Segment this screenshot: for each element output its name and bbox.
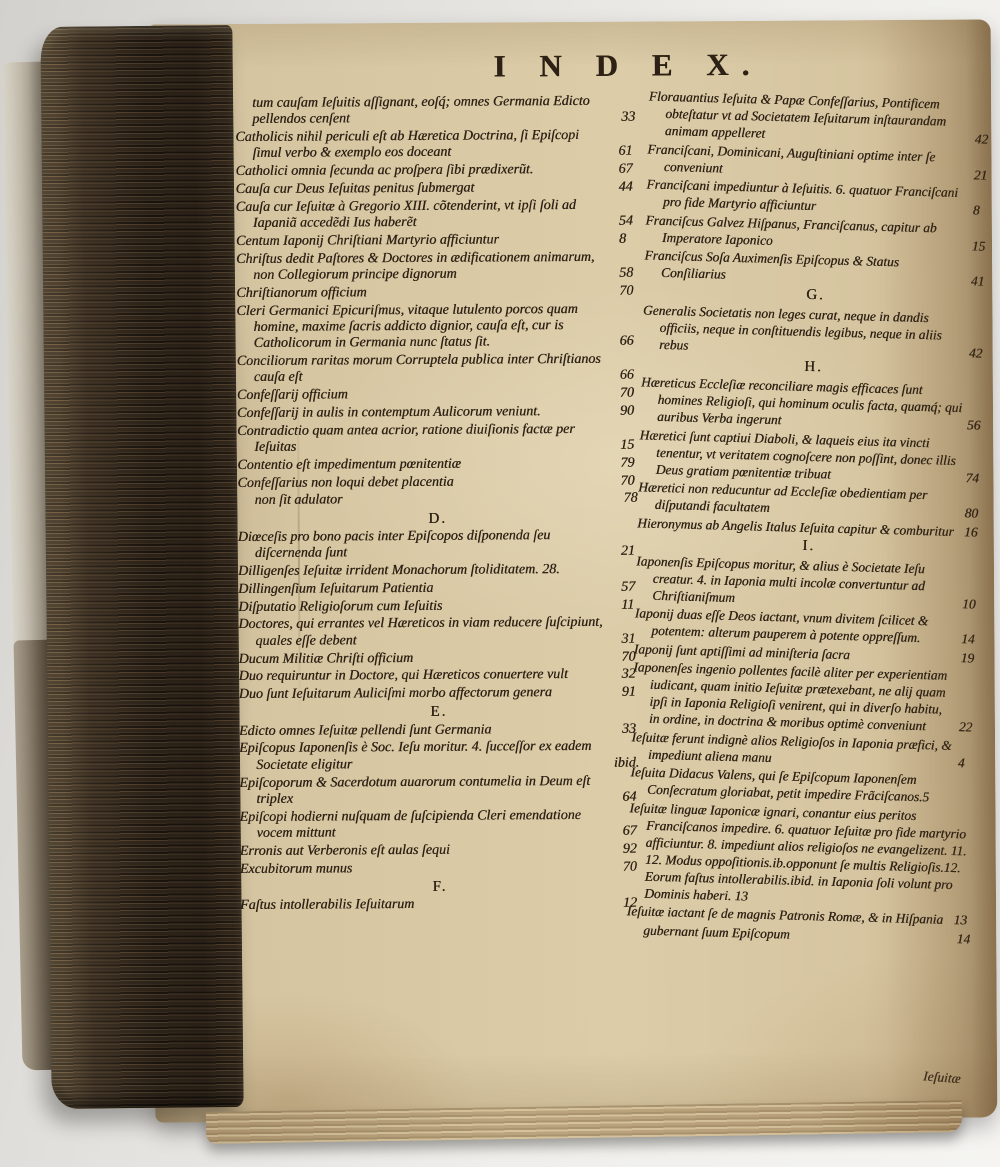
index-column-right: Florauantius Ieſuita & Papæ Confeſſarius… (626, 88, 993, 949)
entry-text: Edicto omnes Ieſuitæ pellendi ſunt Germa… (239, 722, 491, 739)
entry-text: Excubitorum munus (240, 861, 352, 877)
entry-text: Hæretici ſunt captiui Diaboli, & laqueis… (639, 427, 955, 481)
entry-text: Generalis Societatis non leges curat, ne… (643, 302, 942, 352)
entry-text: Duo ſunt Ieſuitarum Auliciſmi morbo affe… (239, 685, 552, 702)
catchword: Ieſuitæ (923, 1068, 962, 1087)
index-entry: Excubitorum munus70 (240, 859, 640, 878)
index-entry: Cauſa cur Deus Ieſuitas penitus ſubmerga… (236, 180, 636, 199)
entry-text: Iaponij duas eſſe Deos iactant, vnum div… (635, 605, 929, 645)
index-entry: Ducum Militiæ Chriſti officium70 (238, 649, 638, 668)
index-entry: Florauantius Ieſuita & Papæ Confeſſarius… (648, 88, 993, 148)
entry-text: Confeſſarij officium (237, 387, 348, 403)
index-entry: Cleri Germanici Epicuriſmus, vitaque lut… (236, 301, 636, 352)
entry-text: Ieſuitæ linguæ Iaponicæ ignari, conantur… (629, 800, 966, 903)
index-entry: Epiſcopi hodierni nuſquam de ſuſcipienda… (239, 807, 639, 842)
page-title: I N D E X. (407, 46, 849, 85)
entry-text: Contentio eſt impedimentum pœnitentiæ (237, 456, 461, 472)
index-entry: Edicto omnes Ieſuitæ pellendi ſunt Germa… (239, 721, 639, 740)
photo-backdrop: I N D E X. tum cauſam Ieſuitis aſſignant… (0, 0, 1000, 1167)
index-entry: Hæretici ſunt captiui Diaboli, & laqueis… (639, 426, 984, 486)
entry-page-number: 33 (621, 110, 635, 126)
index-entry: Epiſcoporum & Sacerdotum auarorum contum… (239, 773, 639, 808)
entry-text: Chriſtus dedit Paſtores & Doctores in æd… (236, 250, 594, 283)
entry-text: Diœceſis pro bono pacis inter Epiſcopos … (238, 528, 551, 561)
index-entry: tum cauſam Ieſuitis aſſignant, eoſq́; om… (235, 94, 635, 129)
index-entry: Ieſuitæ linguæ Iaponicæ ignari, conantur… (627, 799, 974, 910)
index-entry: Doctores, qui errantes vel Hæreticos in … (238, 615, 638, 650)
entry-text: Centum Iaponij Chriſtiani Martyrio affic… (236, 232, 499, 249)
index-entry: Confeſſarij in aulis in contemptum Aulic… (237, 403, 637, 422)
index-entry: Centum Iaponij Chriſtiani Martyrio affic… (236, 231, 636, 250)
entry-text: Epiſcopi hodierni nuſquam de ſuſcipienda… (239, 808, 580, 841)
entry-text: Franciſcus Galvez Hiſpanus, Franciſcanus… (645, 212, 937, 247)
index-entry: Contentio eſt impedimentum pœnitentiæ79 (237, 455, 637, 474)
entry-page-number: 78 (624, 491, 638, 507)
entry-text: Epiſcoporum & Sacerdotum auarorum contum… (239, 773, 590, 806)
index-entry: Chriſtianorum officium70 (236, 283, 636, 302)
entry-text: Hæreticus Eccleſiæ reconciliare magis ef… (641, 374, 962, 427)
entry-text: Diſputatio Religioſorum cum Ieſuitis (238, 598, 442, 614)
entry-text: Franciſcus Soſa Auximenſis Epiſcopus & S… (644, 247, 899, 281)
entry-text: Cleri Germanici Epicuriſmus, vitaque lut… (236, 302, 577, 352)
index-entry: Faſtus intollerabilis Ieſuitarum12 (240, 896, 640, 915)
index-entry: Epiſcopus Iaponenſis è Soc. Ieſu moritur… (239, 739, 639, 774)
entry-text: Ducum Militiæ Chriſti officium (238, 650, 413, 666)
index-entry: Duo ſunt Ieſuitarum Auliciſmi morbo affe… (239, 685, 639, 704)
entry-text: Confeſſarius non loqui debet placentia (237, 474, 453, 490)
index-entry: Confeſſarij officium70 (237, 386, 637, 405)
index-entry: Cauſa cur Ieſuitæ à Gregorio XIII. cõten… (236, 197, 636, 232)
entry-text: gubernant ſuum Epiſcopum (643, 922, 790, 941)
entry-text: Catholicis nihil periculi eſt ab Hæretic… (235, 128, 579, 161)
entry-text: Florauantius Ieſuita & Papæ Confeſſarius… (649, 89, 947, 141)
index-entry: Conciliorum raritas morum Corruptela pub… (237, 352, 637, 387)
index-entry: Catholici omnia ſecunda ac proſpera ſibi… (236, 162, 636, 181)
entry-text: Franciſcani, Dominicani, Auguſtiniani op… (647, 141, 935, 175)
entry-text: Ieſuita Didacus Valens, qui ſe Epiſcopum… (630, 764, 929, 804)
index-entry: Chriſtus dedit Paſtores & Doctores in æd… (236, 249, 636, 284)
index-entry: Generalis Societatis non leges curat, ne… (642, 301, 987, 361)
index-entry: Dilligenſes Ieſuitæ irrident Monachorum … (238, 562, 638, 581)
page-stack-edges (40, 25, 243, 1109)
entry-text: Catholici omnia ſecunda ac proſpera ſibi… (236, 162, 534, 179)
index-entry: Iaponenſis Epiſcopus moritur, & alius è … (635, 552, 980, 612)
entry-text: Franciſcani impediuntur à Ieſuitis. 6. q… (646, 176, 958, 213)
entry-text: Dillingenſium Ieſuitarum Patientia (238, 581, 433, 597)
section-letter: F. (240, 877, 640, 896)
entry-text: Faſtus intollerabilis Ieſuitarum (240, 897, 414, 913)
index-entry: Diſputatio Religioſorum cum Ieſuitis11 (238, 597, 638, 616)
entry-text: Conciliorum raritas morum Corruptela pub… (237, 352, 601, 385)
entry-text: Duo requiruntur in Doctore, qui Hæretico… (239, 667, 568, 684)
entry-text: Chriſtianorum officium (236, 285, 366, 301)
entry-text: Ieſuitæ ferunt indignè alios Religioſos … (631, 729, 952, 765)
entry-text: Hæretici non reducuntur ad Eccleſiæ obed… (638, 479, 927, 515)
entry-text: Epiſcopus Iaponenſis è Soc. Ieſu moritur… (239, 739, 591, 772)
entry-text: Erronis aut Verberonis eſt aulas ſequi (240, 843, 450, 859)
entry-text: Contradictio quam antea acrior, ratione … (237, 422, 575, 455)
entry-text: Dilligenſes Ieſuitæ irrident Monachorum … (238, 562, 560, 579)
index-entry: Dillingenſium Ieſuitarum Patientia57 (238, 579, 638, 598)
entry-text: non ſit adulator (255, 493, 343, 509)
entry-text: Iaponenſes ingenio pollentes facilè alit… (633, 659, 947, 733)
index-entry: Confeſſarius non loqui debet placentia70 (237, 473, 637, 492)
entry-text: Iaponenſis Epiſcopus moritur, & alius è … (636, 553, 925, 605)
entry-text: Cauſa cur Deus Ieſuitas penitus ſubmerga… (236, 181, 475, 197)
index-entry: Duo requiruntur in Doctore, qui Hæretico… (239, 667, 639, 686)
index-entry: non ſit adulator78 (238, 491, 638, 510)
entry-text: Doctores, qui errantes vel Hæreticos in … (238, 615, 602, 648)
section-letter: D. (238, 509, 638, 528)
index-entry: Erronis aut Verberonis eſt aulas ſequi92 (240, 841, 640, 860)
section-letter: E. (239, 703, 639, 722)
entry-text: Confeſſarij in aulis in contemptum Aulic… (237, 404, 541, 421)
index-entry: Iaponenſes ingenio pollentes facilè alit… (632, 658, 978, 735)
index-entry: Hæreticus Eccleſiæ reconciliare magis ef… (640, 373, 985, 433)
index-entry: Diœceſis pro bono pacis inter Epiſcopos … (238, 528, 638, 563)
index-entry: Contradictio quam antea acrior, ratione … (237, 421, 637, 456)
entry-page-number: 14 (957, 930, 971, 947)
entry-text: tum cauſam Ieſuitis aſſignant, eoſq́; om… (252, 94, 590, 127)
index-column-left: tum cauſam Ieſuitis aſſignant, eoſq́; om… (235, 94, 640, 916)
book-page: I N D E X. tum cauſam Ieſuitis aſſignant… (149, 19, 998, 1122)
entry-text: Cauſa cur Ieſuitæ à Gregorio XIII. cõten… (236, 198, 576, 231)
index-entry: Catholicis nihil periculi eſt ab Hæretic… (235, 128, 635, 163)
